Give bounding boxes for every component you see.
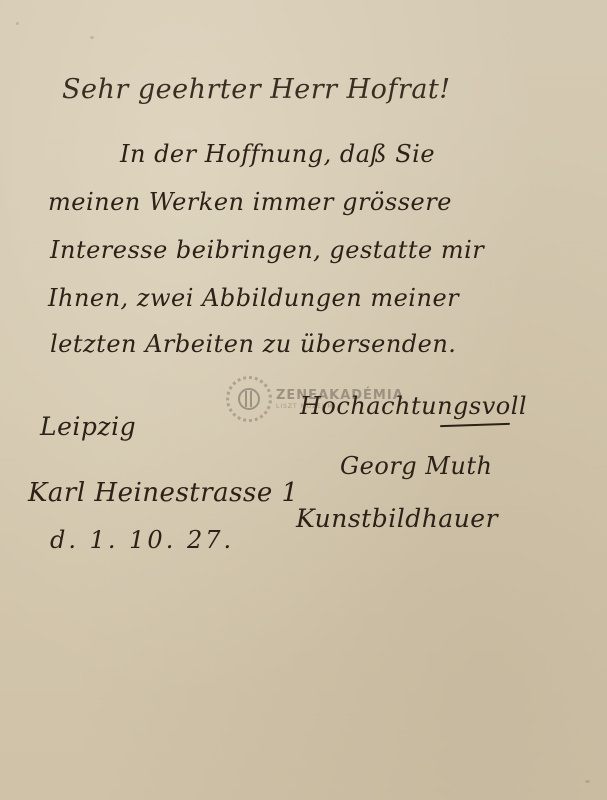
academy-logo-icon: [226, 376, 272, 422]
sender-place: Leipzig: [40, 412, 136, 441]
letter-greeting: Sehr geehrter Herr Hofrat!: [62, 74, 451, 105]
letter-date: d. 1. 10. 27.: [50, 526, 234, 554]
letter-body-line-2: meinen Werken immer grössere: [48, 188, 452, 216]
paper-spot: [585, 780, 590, 783]
letter-body-line-1: In der Hoffnung, daß Sie: [120, 140, 435, 168]
signature-name: Georg Muth: [340, 452, 492, 480]
letter-body-line-3: Interesse beibringen, gestatte mir: [50, 236, 484, 264]
letter-body-line-4: Ihnen, zwei Abbildungen meiner: [48, 284, 459, 312]
closing-flourish: [440, 423, 510, 427]
paper-spot: [90, 36, 94, 39]
paper-spot: [16, 22, 19, 25]
letter-body-line-5: letzten Arbeiten zu übersenden.: [50, 330, 456, 358]
letter-closing: Hochachtungsvoll: [300, 392, 527, 420]
sender-street: Karl Heinestrasse 1: [28, 478, 299, 508]
signature-title: Kunstbildhauer: [296, 504, 498, 533]
letter-page: Sehr geehrter Herr Hofrat! In der Hoffnu…: [0, 0, 607, 800]
